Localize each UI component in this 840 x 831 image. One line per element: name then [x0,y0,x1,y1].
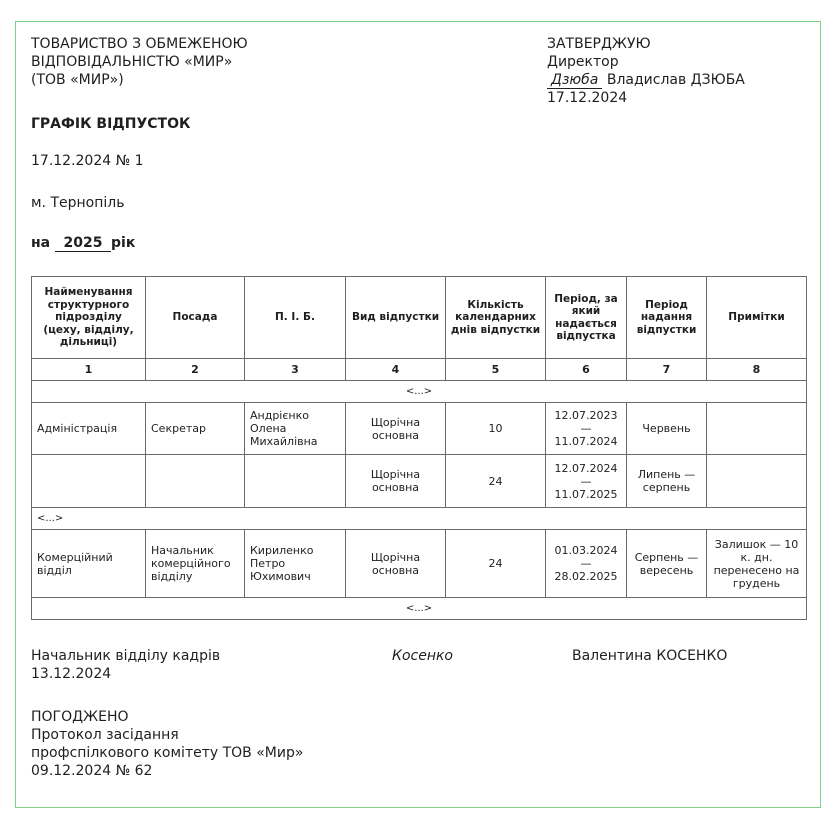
year-prefix: на [31,235,50,251]
ellipsis-row: <...> [32,508,807,530]
year-field: 2025 [55,236,111,252]
column-number: 7 [627,359,707,381]
cell-notes [707,455,807,508]
document-title: ГРАФІК ВІДПУСТОК [31,115,190,133]
cell-position: Секретар [146,403,245,455]
cell-days: 10 [446,403,546,455]
header-vacation-type: Вид відпустки [346,277,446,359]
ellipsis-cell: <...> [32,598,807,620]
cell-full-name: Кириленко Петро Юхимович [245,530,346,598]
column-number-row: 1 2 3 4 5 6 7 8 [32,359,807,381]
column-number: 5 [446,359,546,381]
ellipsis-cell: <...> [32,381,807,403]
cell-department: Комерційний відділ [32,530,146,598]
table-row: Щорічна основна 24 12.07.2024 — 11.07.20… [32,455,807,508]
cell-vacation-type: Щорічна основна [346,455,446,508]
agreement-title: ПОГОДЖЕНО [31,708,129,726]
document-date-number: 17.12.2024 № 1 [31,152,144,170]
cell-period-granted: Серпень — вересень [627,530,707,598]
header-department: Найменування структурного підрозділу (це… [32,277,146,359]
cell-full-name [245,455,346,508]
hr-position: Начальник відділу кадрів [31,647,220,665]
organization-name-line2: ВІДПОВІДАЛЬНІСТЮ «МИР» [31,53,232,71]
agreement-line2: профспілкового комітету ТОВ «Мир» [31,744,303,762]
vacation-schedule-table: Найменування структурного підрозділу (це… [31,276,807,620]
cell-position [146,455,245,508]
cell-vacation-type: Щорічна основна [346,530,446,598]
header-period-granted: Період надання відпустки [627,277,707,359]
hr-signature: Косенко [392,647,453,665]
cell-period-for: 12.07.2024 — 11.07.2025 [546,455,627,508]
cell-days: 24 [446,530,546,598]
hr-date: 13.12.2024 [31,665,111,683]
year-suffix: рік [111,235,135,251]
agreement-line1: Протокол засідання [31,726,179,744]
document-year-line: на 2025рік [31,234,135,252]
ellipsis-cell: <...> [32,508,807,530]
document-city: м. Тернопіль [31,194,124,212]
cell-days: 24 [446,455,546,508]
header-period-for: Період, за який надається відпустка [546,277,627,359]
cell-vacation-type: Щорічна основна [346,403,446,455]
hr-name: Валентина КОСЕНКО [572,647,727,665]
header-full-name: П. І. Б. [245,277,346,359]
organization-short-name: (ТОВ «МИР») [31,71,124,89]
organization-name-line1: ТОВАРИСТВО З ОБМЕЖЕНОЮ [31,35,248,53]
column-number: 4 [346,359,446,381]
table-row: Адміністрація Секретар Андрієнко Олена М… [32,403,807,455]
header-days: Кількість календарних днів відпустки [446,277,546,359]
director-name: Владислав ДЗЮБА [607,72,745,88]
approval-position: Директор [547,53,619,71]
cell-notes: Залишок — 10 к. дн. перенесено на груден… [707,530,807,598]
approval-title: ЗАТВЕРДЖУЮ [547,35,651,53]
column-number: 8 [707,359,807,381]
cell-period-granted: Червень [627,403,707,455]
cell-department: Адміністрація [32,403,146,455]
director-signature: Дзюба [547,73,602,89]
cell-department [32,455,146,508]
cell-full-name: Андрієнко Олена Михайлівна [245,403,346,455]
approval-signature-line: Дзюба Владислав ДЗЮБА [547,71,745,89]
header-notes: Примітки [707,277,807,359]
column-number: 6 [546,359,627,381]
header-position: Посада [146,277,245,359]
agreement-protocol-number: 09.12.2024 № 62 [31,762,152,780]
cell-notes [707,403,807,455]
column-number: 2 [146,359,245,381]
ellipsis-row: <...> [32,598,807,620]
cell-period-for: 01.03.2024 — 28.02.2025 [546,530,627,598]
table-row: Комерційний відділ Начальник комерційног… [32,530,807,598]
ellipsis-row: <...> [32,381,807,403]
approval-date: 17.12.2024 [547,89,627,107]
table-header-row: Найменування структурного підрозділу (це… [32,277,807,359]
cell-period-granted: Липень — серпень [627,455,707,508]
column-number: 1 [32,359,146,381]
cell-position: Начальник комерційного відділу [146,530,245,598]
column-number: 3 [245,359,346,381]
cell-period-for: 12.07.2023 — 11.07.2024 [546,403,627,455]
